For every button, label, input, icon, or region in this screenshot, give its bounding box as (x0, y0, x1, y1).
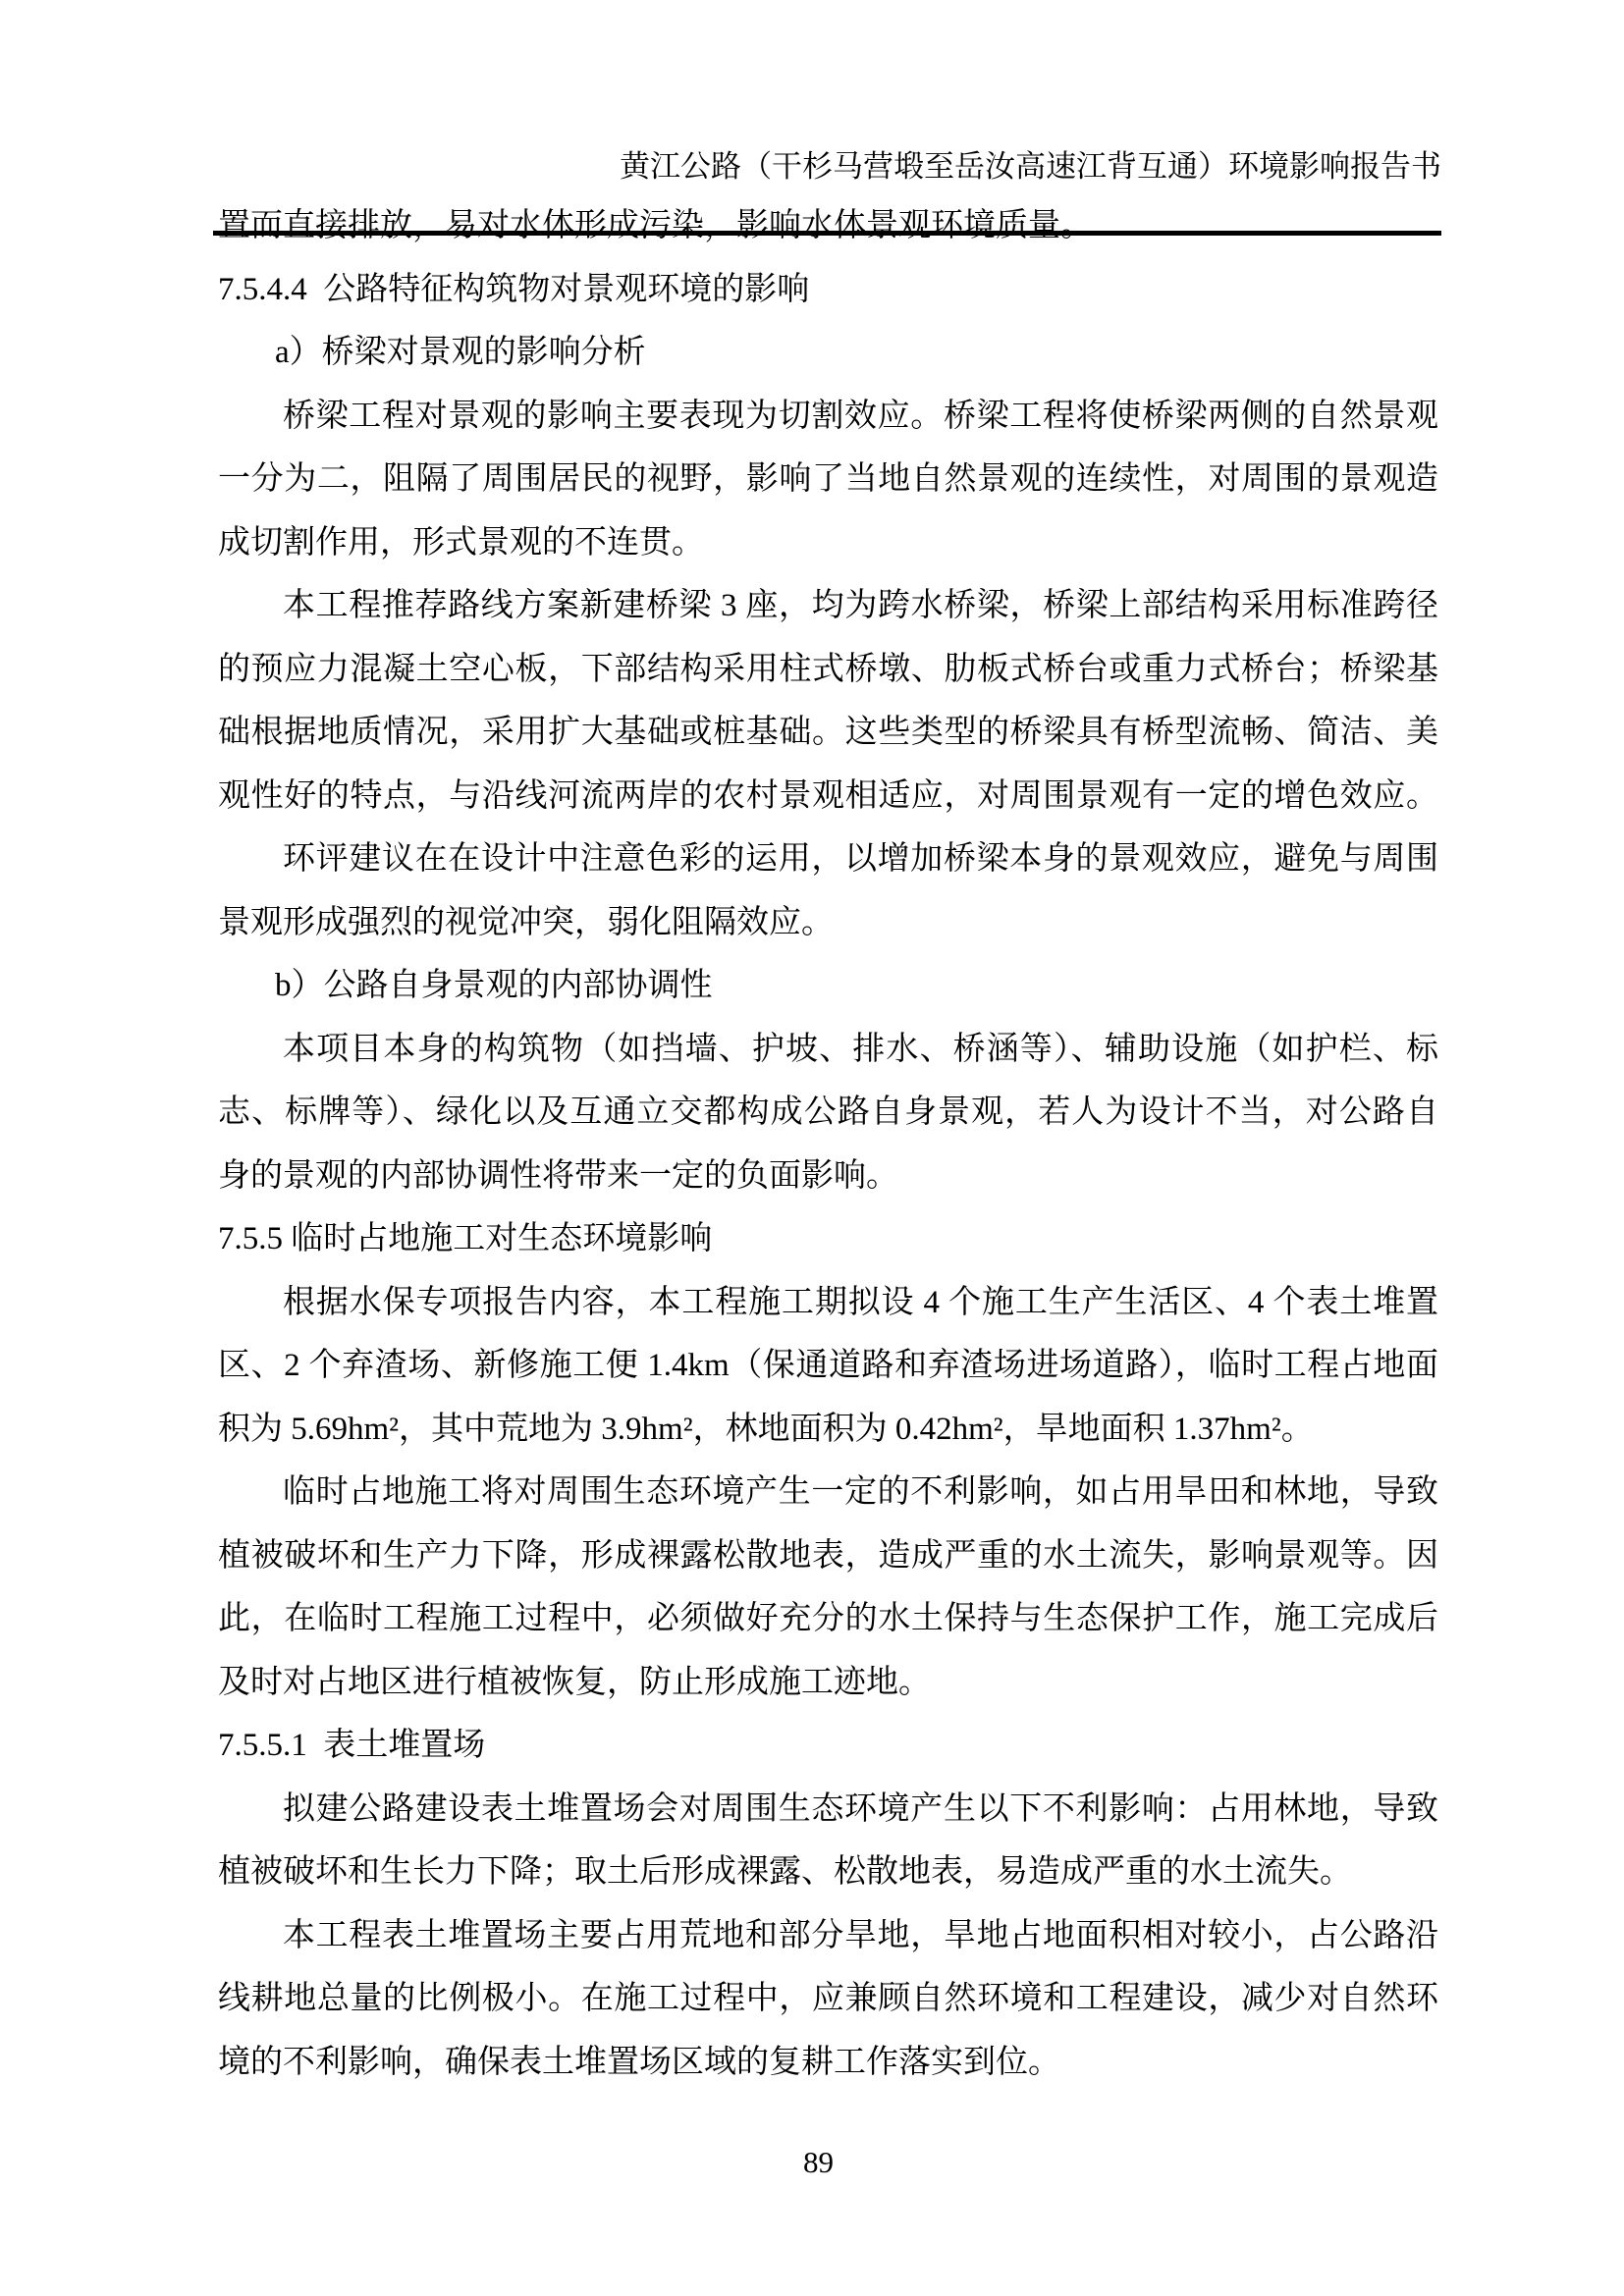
paragraph-line: 植被破坏和生长力下降；取土后形成裸露、松散地表，易造成严重的水土流失。 (218, 1841, 1438, 1904)
paragraph-line: 环评建议在在设计中注意色彩的运用，以增加桥梁本身的景观效应，避免与周围 (218, 828, 1438, 891)
document-page: 黄江公路（干杉马营塅至岳汝高速江背互通）环境影响报告书 置而直接排放，易对水体形… (0, 0, 1624, 2296)
paragraph-line: 置而直接排放，易对水体形成污染，影响水体景观环境质量。 (218, 194, 1438, 258)
heading-7-5-5-1: 7.5.5.1 表土堆置场 (218, 1714, 1438, 1778)
subheading-a: a）桥梁对景观的影响分析 (218, 321, 1438, 385)
heading-7-5-5: 7.5.5 临时占地施工对生态环境影响 (218, 1207, 1438, 1271)
paragraph-line: 一分为二，阻隔了周围居民的视野，影响了当地自然景观的连续性，对周围的景观造 (218, 448, 1438, 511)
paragraph-line: 植被破坏和生产力下降，形成裸露松散地表，造成严重的水土流失，影响景观等。因 (218, 1524, 1438, 1588)
paragraph-line: 本工程表土堆置场主要占用荒地和部分旱地，旱地占地面积相对较小，占公路沿 (218, 1904, 1438, 1968)
paragraph-line: 础根据地质情况，采用扩大基础或桩基础。这些类型的桥梁具有桥型流畅、简洁、美 (218, 701, 1438, 765)
paragraph-line: 临时占地施工将对周围生态环境产生一定的不利影响，如占用旱田和林地，导致 (218, 1461, 1438, 1524)
paragraph-line: 及时对占地区进行植被恢复，防止形成施工迹地。 (218, 1651, 1438, 1715)
page-number: 89 (13, 2143, 1624, 2182)
paragraph-line: 根据水保专项报告内容，本工程施工期拟设 4 个施工生产生活区、4 个表土堆置 (218, 1271, 1438, 1335)
document-body: 置而直接排放，易对水体形成污染，影响水体景观环境质量。 7.5.4.4 公路特征… (218, 194, 1438, 2094)
paragraph-line: 本项目本身的构筑物（如挡墙、护坡、排水、桥涵等）、辅助设施（如护栏、标 (218, 1018, 1438, 1082)
paragraph-line: 此，在临时工程施工过程中，必须做好充分的水土保持与生态保护工作，施工完成后 (218, 1587, 1438, 1651)
paragraph-line: 本工程推荐路线方案新建桥梁 3 座，均为跨水桥梁，桥梁上部结构采用标准跨径 (218, 574, 1438, 638)
paragraph-line: 积为 5.69hm²，其中荒地为 3.9hm²，林地面积为 0.42hm²，旱地… (218, 1398, 1438, 1462)
paragraph-line: 线耕地总量的比例极小。在施工过程中，应兼顾自然环境和工程建设，减少对自然环 (218, 1967, 1438, 2031)
paragraph-line: 桥梁工程对景观的影响主要表现为切割效应。桥梁工程将使桥梁两侧的自然景观 (218, 385, 1438, 449)
paragraph-line: 区、2 个弃渣场、新修施工便 1.4km（保通道路和弃渣场进场道路），临时工程占… (218, 1334, 1438, 1398)
report-header-title: 黄江公路（干杉马营塅至岳汝高速江背互通）环境影响报告书 (620, 149, 1441, 184)
paragraph-line: 成切割作用，形式景观的不连贯。 (218, 511, 1438, 575)
paragraph-line: 身的景观的内部协调性将带来一定的负面影响。 (218, 1145, 1438, 1208)
paragraph-line: 的预应力混凝土空心板，下部结构采用柱式桥墩、肋板式桥台或重力式桥台；桥梁基 (218, 638, 1438, 702)
paragraph-line: 拟建公路建设表土堆置场会对周围生态环境产生以下不利影响：占用林地，导致 (218, 1778, 1438, 1842)
heading-7-5-4-4: 7.5.4.4 公路特征构筑物对景观环境的影响 (218, 258, 1438, 322)
paragraph-line: 景观形成强烈的视觉冲突，弱化阻隔效应。 (218, 891, 1438, 955)
paragraph-line: 志、标牌等）、绿化以及互通立交都构成公路自身景观，若人为设计不当，对公路自 (218, 1081, 1438, 1145)
subheading-b: b）公路自身景观的内部协调性 (218, 954, 1438, 1018)
paragraph-line: 观性好的特点，与沿线河流两岸的农村景观相适应，对周围景观有一定的增色效应。 (218, 765, 1438, 828)
paragraph-line: 境的不利影响，确保表土堆置场区域的复耕工作落实到位。 (218, 2031, 1438, 2095)
